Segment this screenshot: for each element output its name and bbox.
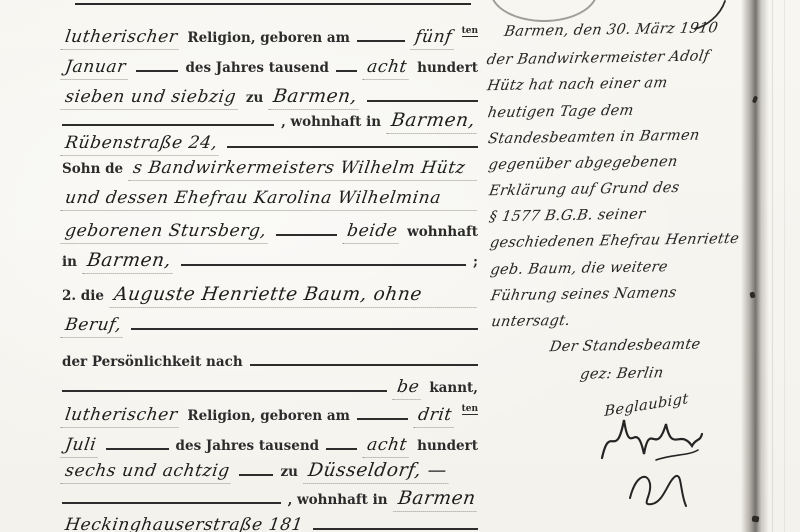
- form-line-birthplace-2: sechs und achtzig zu Düsseldorf, —: [62, 458, 478, 484]
- printed-religion-born-label: Religion, geboren am: [187, 408, 350, 424]
- note-line: Führung seines Namens: [490, 285, 678, 304]
- form-line-bride-occupation: Beruf,: [62, 312, 478, 338]
- note-line-date: Barmen, den 30. März 1910: [503, 20, 719, 40]
- form-line-year-2: Juli des Jahres tausend acht hundert: [62, 432, 478, 458]
- blank-rule: [313, 512, 478, 530]
- page-edge-line: [772, 0, 773, 532]
- printed-zu-label: zu: [280, 464, 297, 480]
- printed-sohn-de-label: Sohn de: [62, 161, 123, 177]
- hw-birthplace-bride: Düsseldorf, —: [303, 460, 451, 484]
- printed-religion-born-label: Religion, geboren am: [187, 30, 350, 46]
- blank-rule: [367, 84, 478, 102]
- printed-wohnhaft-label: , wohnhaft in: [281, 114, 381, 130]
- note-line: Erklärung auf Grund des: [488, 180, 681, 199]
- blank-rule: [227, 130, 478, 148]
- blank-rule: [336, 54, 357, 72]
- hw-residence-bride: Barmen: [393, 488, 480, 512]
- hw-beide: beide: [342, 221, 402, 244]
- printed-year-label: des Jahres tausend: [176, 438, 320, 454]
- printed-wohnhaft-label: wohnhaft: [407, 224, 478, 240]
- page-edge-line: [784, 0, 785, 532]
- printed-persoenlichkeit-label: der Persönlichkeit nach: [62, 354, 243, 370]
- hw-birth-month-groom: Januar: [60, 57, 130, 80]
- hw-birth-day-bride: drit: [413, 405, 456, 428]
- form-line-birthplace-1: sieben und siebzig zu Barmen,: [62, 84, 478, 110]
- blank-rule: [62, 374, 387, 392]
- hw-birth-year-words-groom: sieben und siebzig: [60, 87, 240, 110]
- blank-rule: [136, 54, 179, 72]
- hw-hundreds-groom: acht: [363, 57, 412, 80]
- official-stamp-fragment: [490, 0, 598, 22]
- registry-document-scan: lutherischer Religion, geboren am fünf t…: [0, 0, 800, 532]
- hw-bride-occupation: Beruf,: [60, 315, 126, 338]
- note-line: geb. Baum, die weitere: [489, 259, 669, 278]
- blank-rule: [239, 458, 273, 476]
- hw-religion-bride: lutherischer: [60, 405, 182, 428]
- printed-semicolon: ;: [473, 254, 478, 270]
- printed-kannt-label: kannt,: [429, 380, 478, 396]
- blank-rule: [131, 312, 478, 330]
- blank-rule: [181, 248, 466, 266]
- printed-year-label: des Jahres tausend: [185, 60, 329, 76]
- form-line-residence-2: , wohnhaft in Barmen: [62, 486, 478, 512]
- hw-bride-name: Auguste Henriette Baum, ohne: [109, 284, 479, 308]
- printed-ten-suffix: ten: [462, 26, 478, 37]
- hw-birth-month-bride: Juli: [60, 435, 100, 458]
- printed-hundert-label: hundert: [417, 438, 478, 454]
- hw-birth-year-words-bride: sechs und achtzig: [60, 461, 234, 484]
- hw-mother-maiden-name: geborenen Stursberg,: [60, 221, 270, 244]
- printed-in-label: in: [62, 254, 77, 270]
- ink-speck: [752, 515, 760, 522]
- form-line-year-1: Januar des Jahres tausend acht hundert: [62, 54, 478, 80]
- form-line-religion-1: lutherischer Religion, geboren am fünf t…: [62, 24, 478, 50]
- hw-street-groom: Rübenstraße 24,: [60, 133, 222, 156]
- form-line-maiden-name: geborenen Stursberg, beide wohnhaft: [62, 218, 478, 244]
- note-line: Standesbeamten in Barmen: [487, 128, 701, 148]
- hw-street-bride: Heckinghauserstraße 181: [60, 515, 307, 532]
- form-line-identity: der Persönlichkeit nach: [62, 348, 478, 370]
- hw-birthplace-groom: Barmen,: [269, 86, 362, 110]
- form-line-street-2: Heckinghauserstraße 181: [62, 512, 478, 532]
- note-registrar-role: Der Standesbeamte: [549, 337, 702, 356]
- note-line: gegenüber abgegebenen: [487, 154, 678, 173]
- printed-item-2-die-label: 2. die: [62, 288, 104, 304]
- blank-rule: [62, 108, 274, 126]
- blank-rule: [326, 432, 357, 450]
- note-line: Hütz hat nach einer am: [486, 75, 669, 94]
- blank-rule: [357, 402, 408, 420]
- hw-parents-residence: Barmen,: [82, 250, 175, 274]
- binding-gutter-shadow: [741, 0, 769, 532]
- blank-rule: [276, 218, 337, 236]
- initials-scrawl: [622, 462, 692, 514]
- hw-religion-groom: lutherischer: [60, 27, 182, 50]
- blank-rule: [106, 432, 169, 450]
- note-line: der Bandwirkermeister Adolf: [486, 48, 711, 68]
- form-line-street-1: Rübenstraße 24,: [62, 130, 478, 156]
- form-line-mother: und dessen Ehefrau Karolina Wilhelmina: [62, 188, 478, 211]
- hw-hundreds-bride: acht: [363, 435, 412, 458]
- form-line-bride-name: 2. die Auguste Henriette Baum, ohne: [62, 284, 478, 308]
- blank-rule: [62, 486, 281, 504]
- form-line-father: Sohn de s Bandwirkermeisters Wilhelm Hüt…: [62, 158, 478, 181]
- note-line: geschiedenen Ehefrau Henriette: [489, 231, 741, 251]
- printed-ten-suffix: ten: [462, 404, 478, 415]
- note-line: untersagt.: [490, 313, 571, 330]
- form-line-parents-residence: in Barmen, ;: [62, 248, 478, 274]
- note-gez-signature: gez: Berlin: [579, 365, 665, 382]
- signature-scrawl: [596, 408, 706, 470]
- printed-wohnhaft-label: , wohnhaft in: [288, 492, 388, 508]
- hw-mother-name: und dessen Ehefrau Karolina Wilhelmina: [60, 188, 479, 211]
- hw-be-prefix: be: [393, 377, 424, 400]
- form-line-religion-2: lutherischer Religion, geboren am drit t…: [62, 402, 478, 428]
- printed-hundert-label: hundert: [417, 60, 478, 76]
- note-line-paragraph: § 1577 B.G.B. seiner: [488, 207, 646, 226]
- blank-rule: [250, 348, 478, 366]
- hw-birth-day-groom: fünf: [410, 27, 456, 50]
- form-line-bekannt: be kannt,: [62, 374, 478, 400]
- blank-rule: [357, 24, 405, 42]
- form-column: lutherischer Religion, geboren am fünf t…: [62, 0, 478, 532]
- note-line: heutigen Tage dem: [486, 103, 634, 122]
- hw-father-name: s Bandwirkermeisters Wilhelm Hütz: [129, 158, 480, 181]
- printed-zu-label: zu: [246, 90, 263, 106]
